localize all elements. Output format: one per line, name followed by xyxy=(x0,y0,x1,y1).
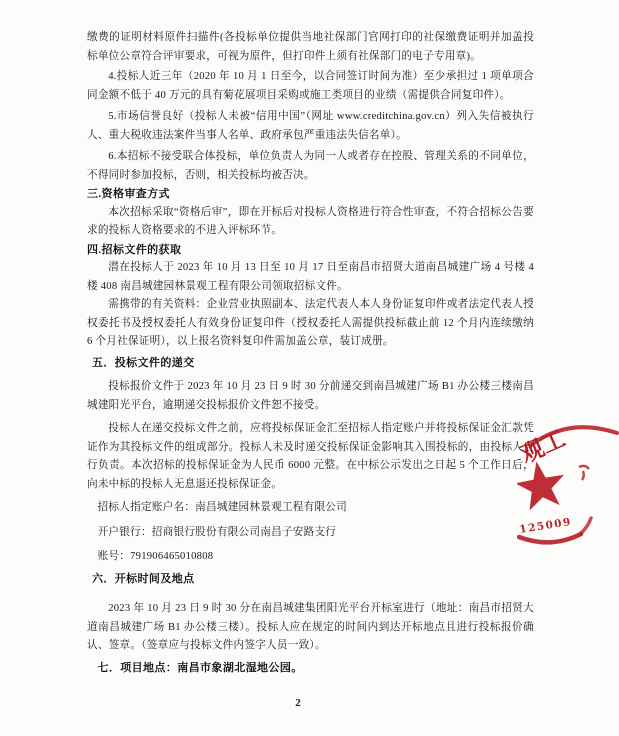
document-body: 缴费的证明材料原件扫描件(各投标单位提供当地社保部门官网打印的社保缴费证明并加盖… xyxy=(87,29,534,677)
body-paragraph: 投标人在递交投标文件之前，应将投标保证金汇至招标人指定账户并将投标保证金汇款凭证… xyxy=(87,420,534,494)
body-paragraph: 投标报价文件于 2023 年 10 月 23 日 9 时 30 分前递交到南昌城… xyxy=(87,378,534,415)
section-heading-3: 三.资格审查方式 xyxy=(87,185,534,204)
body-paragraph: 需携带的有关资料：企业营业执照副本、法定代表人本人身份证复印件或者法定代表人授权… xyxy=(87,296,534,352)
body-paragraph: 6.本招标不接受联合体投标，单位负责人为同一人或者存在控股、管理关系的不同单位，… xyxy=(87,148,534,185)
page-number: 2 xyxy=(0,697,596,709)
account-number-line: 账号：791906465010808 xyxy=(87,548,534,567)
body-paragraph: 2023 年 10 月 23 日 9 时 30 分在南昌城建集团阳光平台开标室进… xyxy=(87,600,534,656)
body-paragraph: 4.投标人近三年（2020 年 10 月 1 日至今，以合同签订时间为准）至少承… xyxy=(87,68,534,105)
bank-line: 开户银行：招商银行股份有限公司南昌子安路支行 xyxy=(87,524,534,543)
section-heading-5: 五．投标文件的递交 xyxy=(87,354,534,373)
account-name-line: 招标人指定账户名：南昌城建园林景观工程有限公司 xyxy=(87,499,534,518)
scanned-document-page: 缴费的证明材料原件扫描件(各投标单位提供当地社保部门官网打印的社保缴费证明并加盖… xyxy=(0,0,619,736)
section-heading-4: 四.招标文件的获取 xyxy=(87,241,534,260)
body-paragraph: 潜在投标人于 2023 年 10 月 13 日至 10 月 17 日至南昌市招贤… xyxy=(87,259,534,296)
body-paragraph: 本次招标采取“资格后审”，即在开标后对投标人资格进行符合性审查，不符合招标公告要… xyxy=(87,204,534,241)
section-heading-6: 六．开标时间及地点 xyxy=(87,570,534,589)
section-heading-7: 七．项目地点：南昌市象湖北湿地公园。 xyxy=(87,659,534,678)
body-paragraph: 5.市场信誉良好（投标人未被“信用中国”（网址 www.creditchina.… xyxy=(87,108,534,145)
body-paragraph: 缴费的证明材料原件扫描件(各投标单位提供当地社保部门官网打印的社保缴费证明并加盖… xyxy=(87,29,534,66)
